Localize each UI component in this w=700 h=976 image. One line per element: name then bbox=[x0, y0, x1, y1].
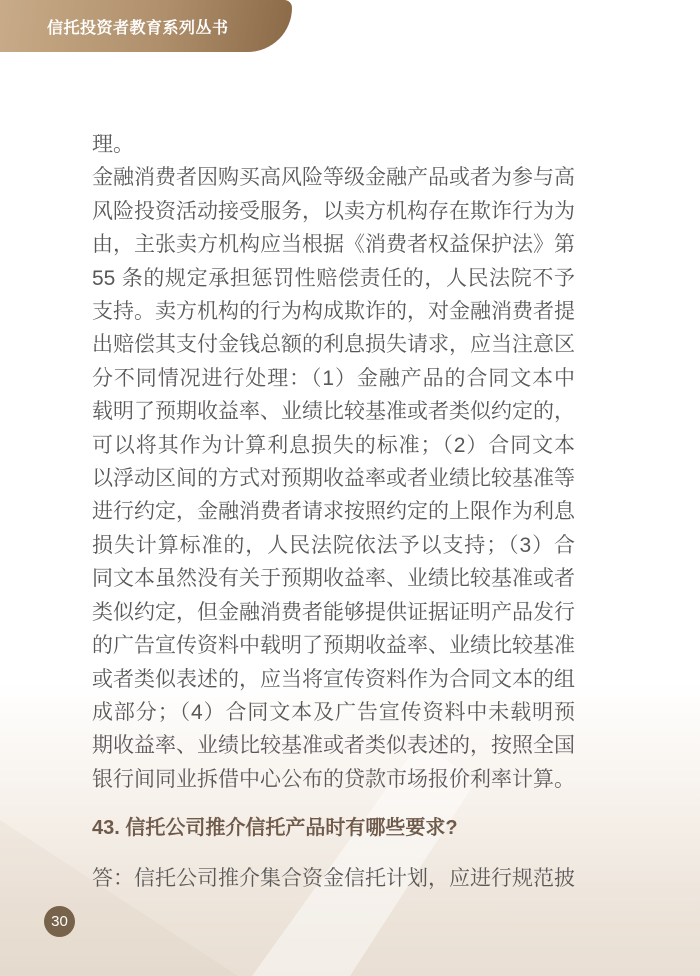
body-text-line: 理。 bbox=[92, 128, 575, 161]
body-text-line: 同文本虽然没有关于预期收益率、业绩比较基准或者 bbox=[92, 562, 575, 595]
body-text-line: 期收益率、业绩比较基准或者类似表述的，按照全国 bbox=[92, 729, 575, 762]
body-text-line: 银行间同业拆借中心公布的贷款市场报价利率计算。 bbox=[92, 763, 575, 796]
book-page: 信托投资者教育系列丛书 理。金融消费者因购买高风险等级金融产品或者为参与高风险投… bbox=[0, 0, 700, 976]
series-title: 信托投资者教育系列丛书 bbox=[0, 15, 229, 38]
body-text-line: 金融消费者因购买高风险等级金融产品或者为参与高 bbox=[92, 161, 575, 194]
body-text-line: 风险投资活动接受服务，以卖方机构存在欺诈行为为 bbox=[92, 195, 575, 228]
header-banner: 信托投资者教育系列丛书 bbox=[0, 0, 292, 52]
page-number-badge: 30 bbox=[44, 906, 75, 937]
body-text-line: 类似约定，但金融消费者能够提供证据证明产品发行 bbox=[92, 596, 575, 629]
body-text-line: 分不同情况进行处理：（1）金融产品的合同文本中 bbox=[92, 362, 575, 395]
body-text-line: 载明了预期收益率、业绩比较基准或者类似约定的， bbox=[92, 395, 575, 428]
body-text-line: 支持。卖方机构的行为构成欺诈的，对金融消费者提 bbox=[92, 295, 575, 328]
body-text-line: 出赔偿其支付金钱总额的利息损失请求，应当注意区 bbox=[92, 328, 575, 361]
body-text-line: 成部分；（4）合同文本及广告宣传资料中未载明预 bbox=[92, 696, 575, 729]
body-text-block: 理。金融消费者因购买高风险等级金融产品或者为参与高风险投资活动接受服务，以卖方机… bbox=[92, 128, 575, 796]
body-text-line: 可以将其作为计算利息损失的标准；（2）合同文本 bbox=[92, 429, 575, 462]
question-heading: 43. 信托公司推介信托产品时有哪些要求? bbox=[92, 813, 612, 843]
body-text-line: 或者类似表述的，应当将宣传资料作为合同文本的组 bbox=[92, 663, 575, 696]
page-number: 30 bbox=[51, 913, 68, 930]
answer-text: 答：信托公司推介集合资金信托计划，应进行规范披 bbox=[92, 862, 575, 895]
body-text-line: 进行约定，金融消费者请求按照约定的上限作为利息 bbox=[92, 495, 575, 528]
body-text-line: 55 条的规定承担惩罚性赔偿责任的，人民法院不予 bbox=[92, 262, 575, 295]
body-text-line: 的广告宣传资料中载明了预期收益率、业绩比较基准 bbox=[92, 629, 575, 662]
body-text-line: 以浮动区间的方式对预期收益率或者业绩比较基准等 bbox=[92, 462, 575, 495]
body-text-line: 损失计算标准的，人民法院依法予以支持；（3）合 bbox=[92, 529, 575, 562]
body-text-line: 由，主张卖方机构应当根据《消费者权益保护法》第 bbox=[92, 228, 575, 261]
